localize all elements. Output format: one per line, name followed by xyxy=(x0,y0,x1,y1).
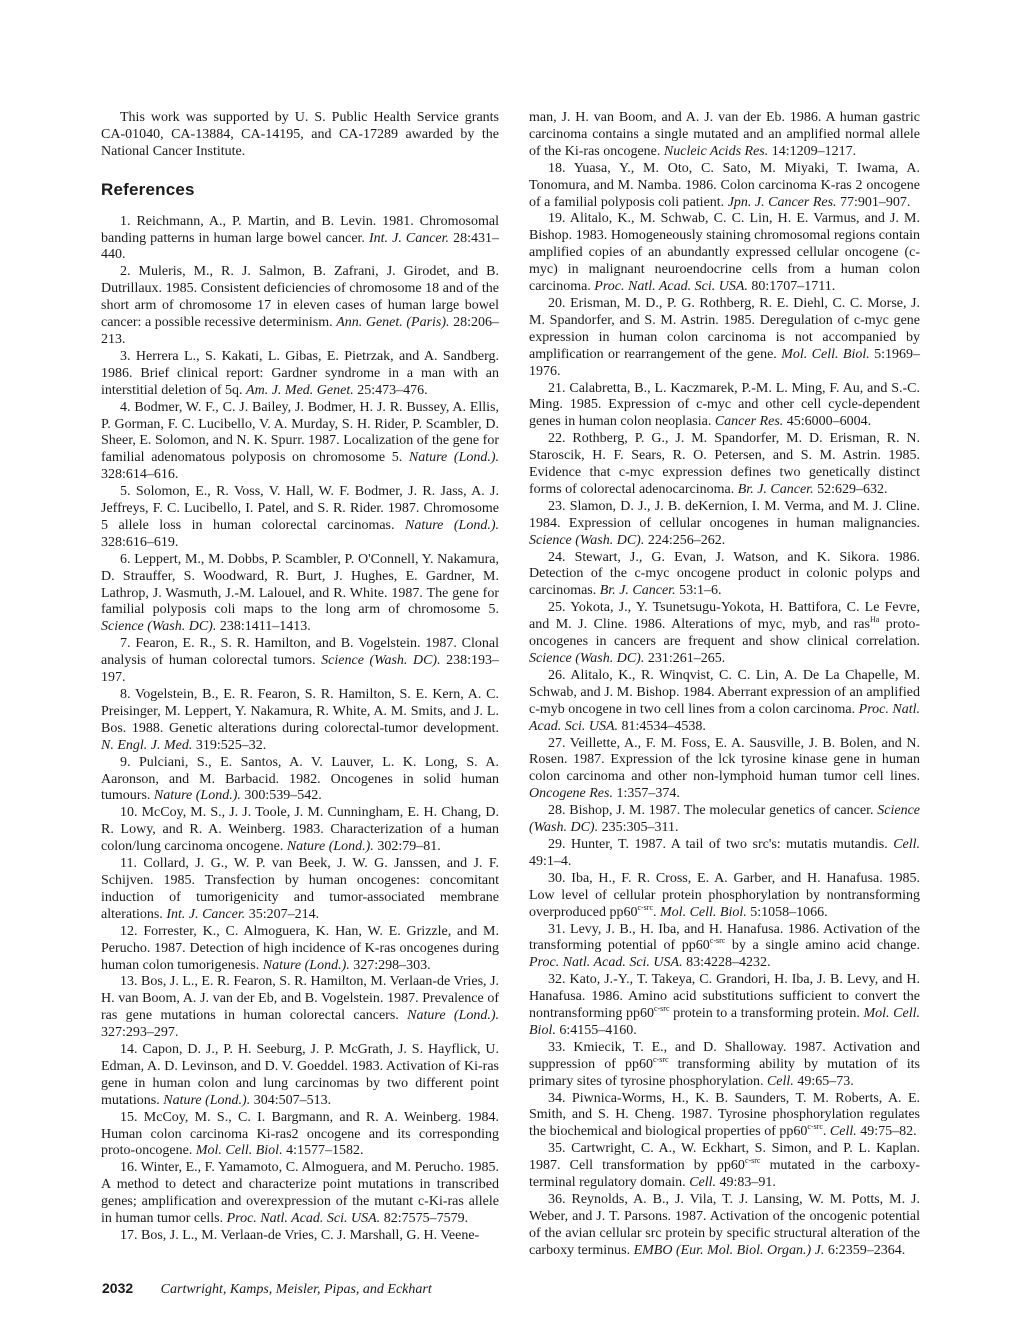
journal-name: Cell. xyxy=(767,1074,794,1089)
volume-pages: 25:473–476. xyxy=(357,383,427,398)
volume-pages: 77:901–907. xyxy=(840,195,910,210)
superscript: c-src xyxy=(653,1055,669,1064)
reference-item: 33. Kmiecik, T. E., and D. Shalloway. 19… xyxy=(529,1040,920,1091)
journal-name: Science (Wash. DC). xyxy=(529,651,644,666)
reference-item: 29. Hunter, T. 1987. A tail of two src's… xyxy=(529,837,920,871)
reference-number: 5. xyxy=(120,484,131,499)
reference-number: 34. xyxy=(548,1091,566,1106)
reference-number: 1. xyxy=(120,214,131,229)
reference-item: 36. Reynolds, A. B., J. Vila, T. J. Lans… xyxy=(529,1192,920,1260)
volume-pages: 81:4534–4538. xyxy=(622,719,706,734)
references-heading: References xyxy=(101,182,499,199)
reference-number: 14. xyxy=(120,1042,138,1057)
reference-number: 10. xyxy=(120,805,138,820)
reference-number: 11. xyxy=(120,856,137,871)
reference-item: 15. McCoy, M. S., C. I. Bargmann, and R.… xyxy=(101,1110,499,1161)
reference-text: Slamon, D. J., J. B. deKernion, I. M. Ve… xyxy=(529,499,920,531)
reference-number: 19. xyxy=(548,211,566,226)
left-column: This work was supported by U. S. Public … xyxy=(101,110,499,1245)
reference-item: 23. Slamon, D. J., J. B. deKernion, I. M… xyxy=(529,499,920,550)
running-head: Cartwright, Kamps, Meisler, Pipas, and E… xyxy=(161,1282,432,1297)
reference-text: Yokota, J., Y. Tsunetsugu-Yokota, H. Bat… xyxy=(529,600,920,632)
reference-number: 20. xyxy=(548,296,566,311)
volume-pages: 224:256–262. xyxy=(648,533,725,548)
reference-item: 10. McCoy, M. S., J. J. Toole, J. M. Cun… xyxy=(101,805,499,856)
volume-pages: 1:357–374. xyxy=(616,786,679,801)
volume-pages: 82:7575–7579. xyxy=(384,1211,468,1226)
journal-name: Ann. Genet. (Paris). xyxy=(336,315,449,330)
reference-item: 30. Iba, H., F. R. Cross, E. A. Garber, … xyxy=(529,871,920,922)
acknowledgment: This work was supported by U. S. Public … xyxy=(101,110,499,161)
volume-pages: 49:1–4. xyxy=(529,854,571,869)
journal-name: Nature (Lond.). xyxy=(263,958,350,973)
reference-number: 31. xyxy=(548,922,566,937)
volume-pages: 49:65–73. xyxy=(797,1074,853,1089)
volume-pages: 4:1577–1582. xyxy=(286,1143,363,1158)
journal-name: Int. J. Cancer. xyxy=(369,231,449,246)
reference-item: 2. Muleris, M., R. J. Salmon, B. Zafrani… xyxy=(101,264,499,349)
reference-number: 12. xyxy=(120,924,138,939)
reference-number: 8. xyxy=(120,687,131,702)
reference-number: 27. xyxy=(548,736,566,751)
journal-name: Proc. Natl. Acad. Sci. USA. xyxy=(227,1211,381,1226)
journal-name: Science (Wash. DC). xyxy=(529,533,644,548)
journal-name: Int. J. Cancer. xyxy=(166,907,245,922)
reference-item: 32. Kato, J.-Y., T. Takeya, C. Grandori,… xyxy=(529,972,920,1040)
reference-item: 31. Levy, J. B., H. Iba, and H. Hanafusa… xyxy=(529,922,920,973)
reference-item: 5. Solomon, E., R. Voss, V. Hall, W. F. … xyxy=(101,484,499,552)
reference-number: 4. xyxy=(120,400,131,415)
journal-name: N. Engl. J. Med. xyxy=(101,738,192,753)
reference-text: Leppert, M., M. Dobbs, P. Scambler, P. O… xyxy=(101,552,499,618)
reference-number: 21. xyxy=(548,381,566,396)
volume-pages: 35:207–214. xyxy=(249,907,319,922)
journal-name: Cell. xyxy=(830,1124,857,1139)
reference-item: 16. Winter, E., F. Yamamoto, C. Almoguer… xyxy=(101,1160,499,1228)
reference-number: 29. xyxy=(548,837,566,852)
reference-text: . xyxy=(653,905,657,920)
volume-pages: 235:305–311. xyxy=(602,820,679,835)
reference-text: by a single amino acid change. xyxy=(725,938,920,953)
journal-name: Br. J. Cancer. xyxy=(738,482,814,497)
reference-text: Vogelstein, B., E. R. Fearon, S. R. Hami… xyxy=(101,687,499,736)
reference-text: . xyxy=(823,1124,827,1139)
journal-name: Proc. Natl. Acad. Sci. USA. xyxy=(594,279,748,294)
reference-number: 13. xyxy=(120,974,138,989)
reference-number: 23. xyxy=(548,499,566,514)
volume-pages: 302:79–81. xyxy=(377,839,440,854)
journal-name: Nucleic Acids Res. xyxy=(664,144,768,159)
journal-name: Mol. Cell. Biol. xyxy=(660,905,747,920)
volume-pages: 328:616–619. xyxy=(101,535,178,550)
journal-name: EMBO (Eur. Mol. Biol. Organ.) J. xyxy=(634,1243,825,1258)
journal-name: Cell. xyxy=(893,837,920,852)
reference-item: 21. Calabretta, B., L. Kaczmarek, P.-M. … xyxy=(529,381,920,432)
superscript: Ha xyxy=(870,615,879,624)
reference-item: 28. Bishop, J. M. 1987. The molecular ge… xyxy=(529,803,920,837)
reference-item: 13. Bos, J. L., E. R. Fearon, S. R. Hami… xyxy=(101,974,499,1042)
reference-number: 3. xyxy=(120,349,131,364)
reference-number: 32. xyxy=(548,972,566,987)
volume-pages: 52:629–632. xyxy=(817,482,887,497)
journal-name: Oncogene Res. xyxy=(529,786,613,801)
reference-item: 6. Leppert, M., M. Dobbs, P. Scambler, P… xyxy=(101,552,499,637)
volume-pages: 80:1707–1711. xyxy=(751,279,835,294)
reference-number: 17. xyxy=(120,1228,138,1243)
journal-name: Cancer Res. xyxy=(715,414,783,429)
reference-text: Bos, J. L., M. Verlaan-de Vries, C. J. M… xyxy=(141,1228,479,1243)
reference-number: 6. xyxy=(120,552,131,567)
reference-number: 36. xyxy=(548,1192,566,1207)
volume-pages: 328:614–616. xyxy=(101,467,178,482)
reference-list-right: man, J. H. van Boom, and A. J. van der E… xyxy=(529,110,920,1260)
volume-pages: 6:4155–4160. xyxy=(559,1023,636,1038)
reference-item: 8. Vogelstein, B., E. R. Fearon, S. R. H… xyxy=(101,687,499,755)
reference-text: Hunter, T. 1987. A tail of two src's: mu… xyxy=(571,837,888,852)
volume-pages: 45:6000–6004. xyxy=(787,414,871,429)
journal-name: Nature (Lond.). xyxy=(407,1008,499,1023)
reference-text: Stewart, J., G. Evan, J. Watson, and K. … xyxy=(529,550,920,599)
reference-number: 33. xyxy=(548,1040,566,1055)
volume-pages: 53:1–6. xyxy=(679,583,721,598)
journal-name: Science (Wash. DC). xyxy=(101,619,216,634)
reference-item: 19. Alitalo, K., M. Schwab, C. C. Lin, H… xyxy=(529,211,920,296)
journal-name: Am. J. Med. Genet. xyxy=(246,383,354,398)
reference-number: 30. xyxy=(548,871,566,886)
reference-item: 26. Alitalo, K., R. Winqvist, C. C. Lin,… xyxy=(529,668,920,736)
volume-pages: 319:525–32. xyxy=(196,738,266,753)
journal-name: Nature (Lond.). xyxy=(154,788,241,803)
reference-number: 25. xyxy=(548,600,566,615)
journal-name: Cell. xyxy=(689,1175,716,1190)
reference-item: 17. Bos, J. L., M. Verlaan-de Vries, C. … xyxy=(101,1228,499,1245)
journal-name: Proc. Natl. Acad. Sci. USA. xyxy=(529,955,683,970)
reference-item: 25. Yokota, J., Y. Tsunetsugu-Yokota, H.… xyxy=(529,600,920,668)
reference-item: man, J. H. van Boom, and A. J. van der E… xyxy=(529,110,920,161)
journal-name: Nature (Lond.). xyxy=(287,839,374,854)
reference-item: 3. Herrera L., S. Kakati, L. Gibas, E. P… xyxy=(101,349,499,400)
reference-item: 22. Rothberg, P. G., J. M. Spandorfer, M… xyxy=(529,431,920,499)
reference-item: 34. Piwnica-Worms, H., K. B. Saunders, T… xyxy=(529,1091,920,1142)
journal-name: Mol. Cell. Biol. xyxy=(196,1143,283,1158)
reference-text: protein to a transforming protein. xyxy=(670,1006,860,1021)
journal-name: Jpn. J. Cancer Res. xyxy=(728,195,837,210)
volume-pages: 300:539–542. xyxy=(244,788,321,803)
reference-number: 18. xyxy=(548,161,566,176)
volume-pages: 5:1058–1066. xyxy=(750,905,827,920)
journal-name: Nature (Lond.). xyxy=(405,518,499,533)
superscript: c-src xyxy=(745,1156,761,1165)
reference-item: 18. Yuasa, Y., M. Oto, C. Sato, M. Miyak… xyxy=(529,161,920,212)
reference-number: 15. xyxy=(120,1110,138,1125)
volume-pages: 6:2359–2364. xyxy=(828,1243,905,1258)
superscript: c-src xyxy=(710,936,726,945)
right-column: man, J. H. van Boom, and A. J. van der E… xyxy=(529,110,920,1260)
volume-pages: 327:293–297. xyxy=(101,1025,178,1040)
journal-name: Br. J. Cancer. xyxy=(600,583,676,598)
reference-text: Veillette, A., F. M. Foss, E. A. Sausvil… xyxy=(529,736,920,785)
reference-number: 26. xyxy=(548,668,566,683)
reference-item: 35. Cartwright, C. A., W. Eckhart, S. Si… xyxy=(529,1141,920,1192)
journal-name: Science (Wash. DC). xyxy=(321,653,440,668)
volume-pages: 14:1209–1217. xyxy=(772,144,856,159)
reference-item: 12. Forrester, K., C. Almoguera, K. Han,… xyxy=(101,924,499,975)
superscript: c-src xyxy=(637,903,653,912)
reference-number: 22. xyxy=(548,431,566,446)
reference-item: 4. Bodmer, W. F., C. J. Bailey, J. Bodme… xyxy=(101,400,499,485)
reference-number: 16. xyxy=(120,1160,138,1175)
reference-item: 24. Stewart, J., G. Evan, J. Watson, and… xyxy=(529,550,920,601)
volume-pages: 83:4228–4232. xyxy=(686,955,770,970)
page-number: 2032 xyxy=(102,1280,133,1296)
reference-number: 9. xyxy=(120,755,131,770)
journal-name: Mol. Cell. Biol. xyxy=(781,347,870,362)
reference-item: 9. Pulciani, S., E. Santos, A. V. Lauver… xyxy=(101,755,499,806)
reference-item: 14. Capon, D. J., P. H. Seeburg, J. P. M… xyxy=(101,1042,499,1110)
reference-number: 24. xyxy=(548,550,566,565)
volume-pages: 327:298–303. xyxy=(353,958,430,973)
reference-item: 27. Veillette, A., F. M. Foss, E. A. Sau… xyxy=(529,736,920,804)
reference-text: Bishop, J. M. 1987. The molecular geneti… xyxy=(569,803,873,818)
reference-number: 35. xyxy=(548,1141,566,1156)
journal-name: Nature (Lond.). xyxy=(409,450,499,465)
journal-name: Nature (Lond.). xyxy=(163,1093,250,1108)
reference-item: 7. Fearon, E. R., S. R. Hamilton, and B.… xyxy=(101,636,499,687)
reference-item: 1. Reichmann, A., P. Martin, and B. Levi… xyxy=(101,214,499,265)
volume-pages: 304:507–513. xyxy=(254,1093,331,1108)
reference-number: 28. xyxy=(548,803,566,818)
reference-item: 20. Erisman, M. D., P. G. Rothberg, R. E… xyxy=(529,296,920,381)
reference-number: 2. xyxy=(120,264,131,279)
reference-item: 11. Collard, J. G., W. P. van Beek, J. W… xyxy=(101,856,499,924)
volume-pages: 49:83–91. xyxy=(720,1175,776,1190)
volume-pages: 49:75–82. xyxy=(860,1124,916,1139)
reference-number: 7. xyxy=(120,636,131,651)
volume-pages: 231:261–265. xyxy=(648,651,725,666)
superscript: c-src xyxy=(654,1004,670,1013)
volume-pages: 238:1411–1413. xyxy=(220,619,311,634)
reference-list-left: 1. Reichmann, A., P. Martin, and B. Levi… xyxy=(101,214,499,1245)
page-footer: 2032 Cartwright, Kamps, Meisler, Pipas, … xyxy=(102,1280,432,1298)
superscript: c-src xyxy=(807,1122,823,1131)
